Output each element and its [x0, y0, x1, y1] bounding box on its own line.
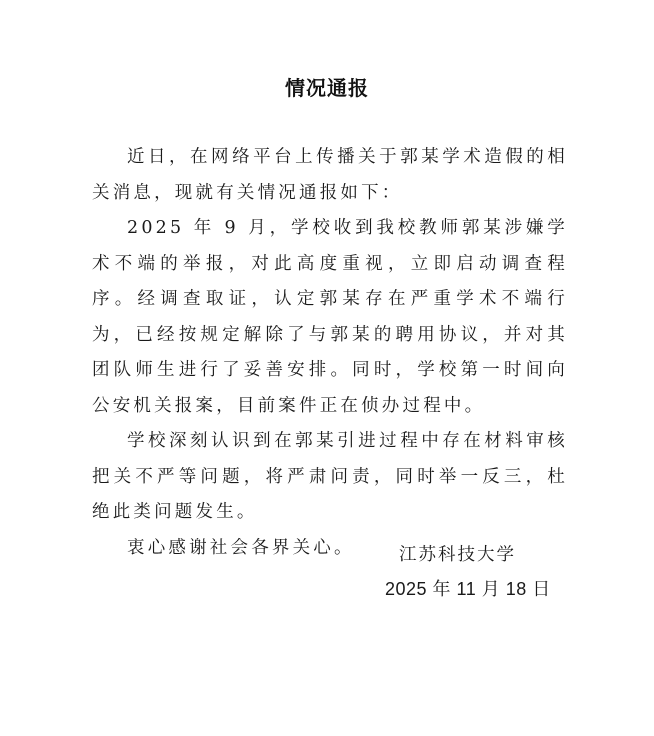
paragraph-accountability: 学校深刻认识到在郭某引进过程中存在材料审核把关不严等问题，将严肃问责，同时举一反…: [92, 424, 568, 531]
signature-date: 2025 年 11 月 18 日: [385, 572, 551, 606]
signature-organization: 江苏科技大学: [385, 538, 551, 572]
paragraph-intro: 近日，在网络平台上传播关于郭某学术造假的相关消息，现就有关情况通报如下：: [92, 140, 568, 211]
paragraph-investigation: 2025 年 9 月，学校收到我校教师郭某涉嫌学术不端的举报，对此高度重视，立即…: [92, 211, 568, 424]
document-body: 近日，在网络平台上传播关于郭某学术造假的相关消息，现就有关情况通报如下： 202…: [92, 140, 568, 566]
document-title: 情况通报: [0, 72, 654, 101]
signature-block: 江苏科技大学 2025 年 11 月 18 日: [385, 538, 551, 606]
